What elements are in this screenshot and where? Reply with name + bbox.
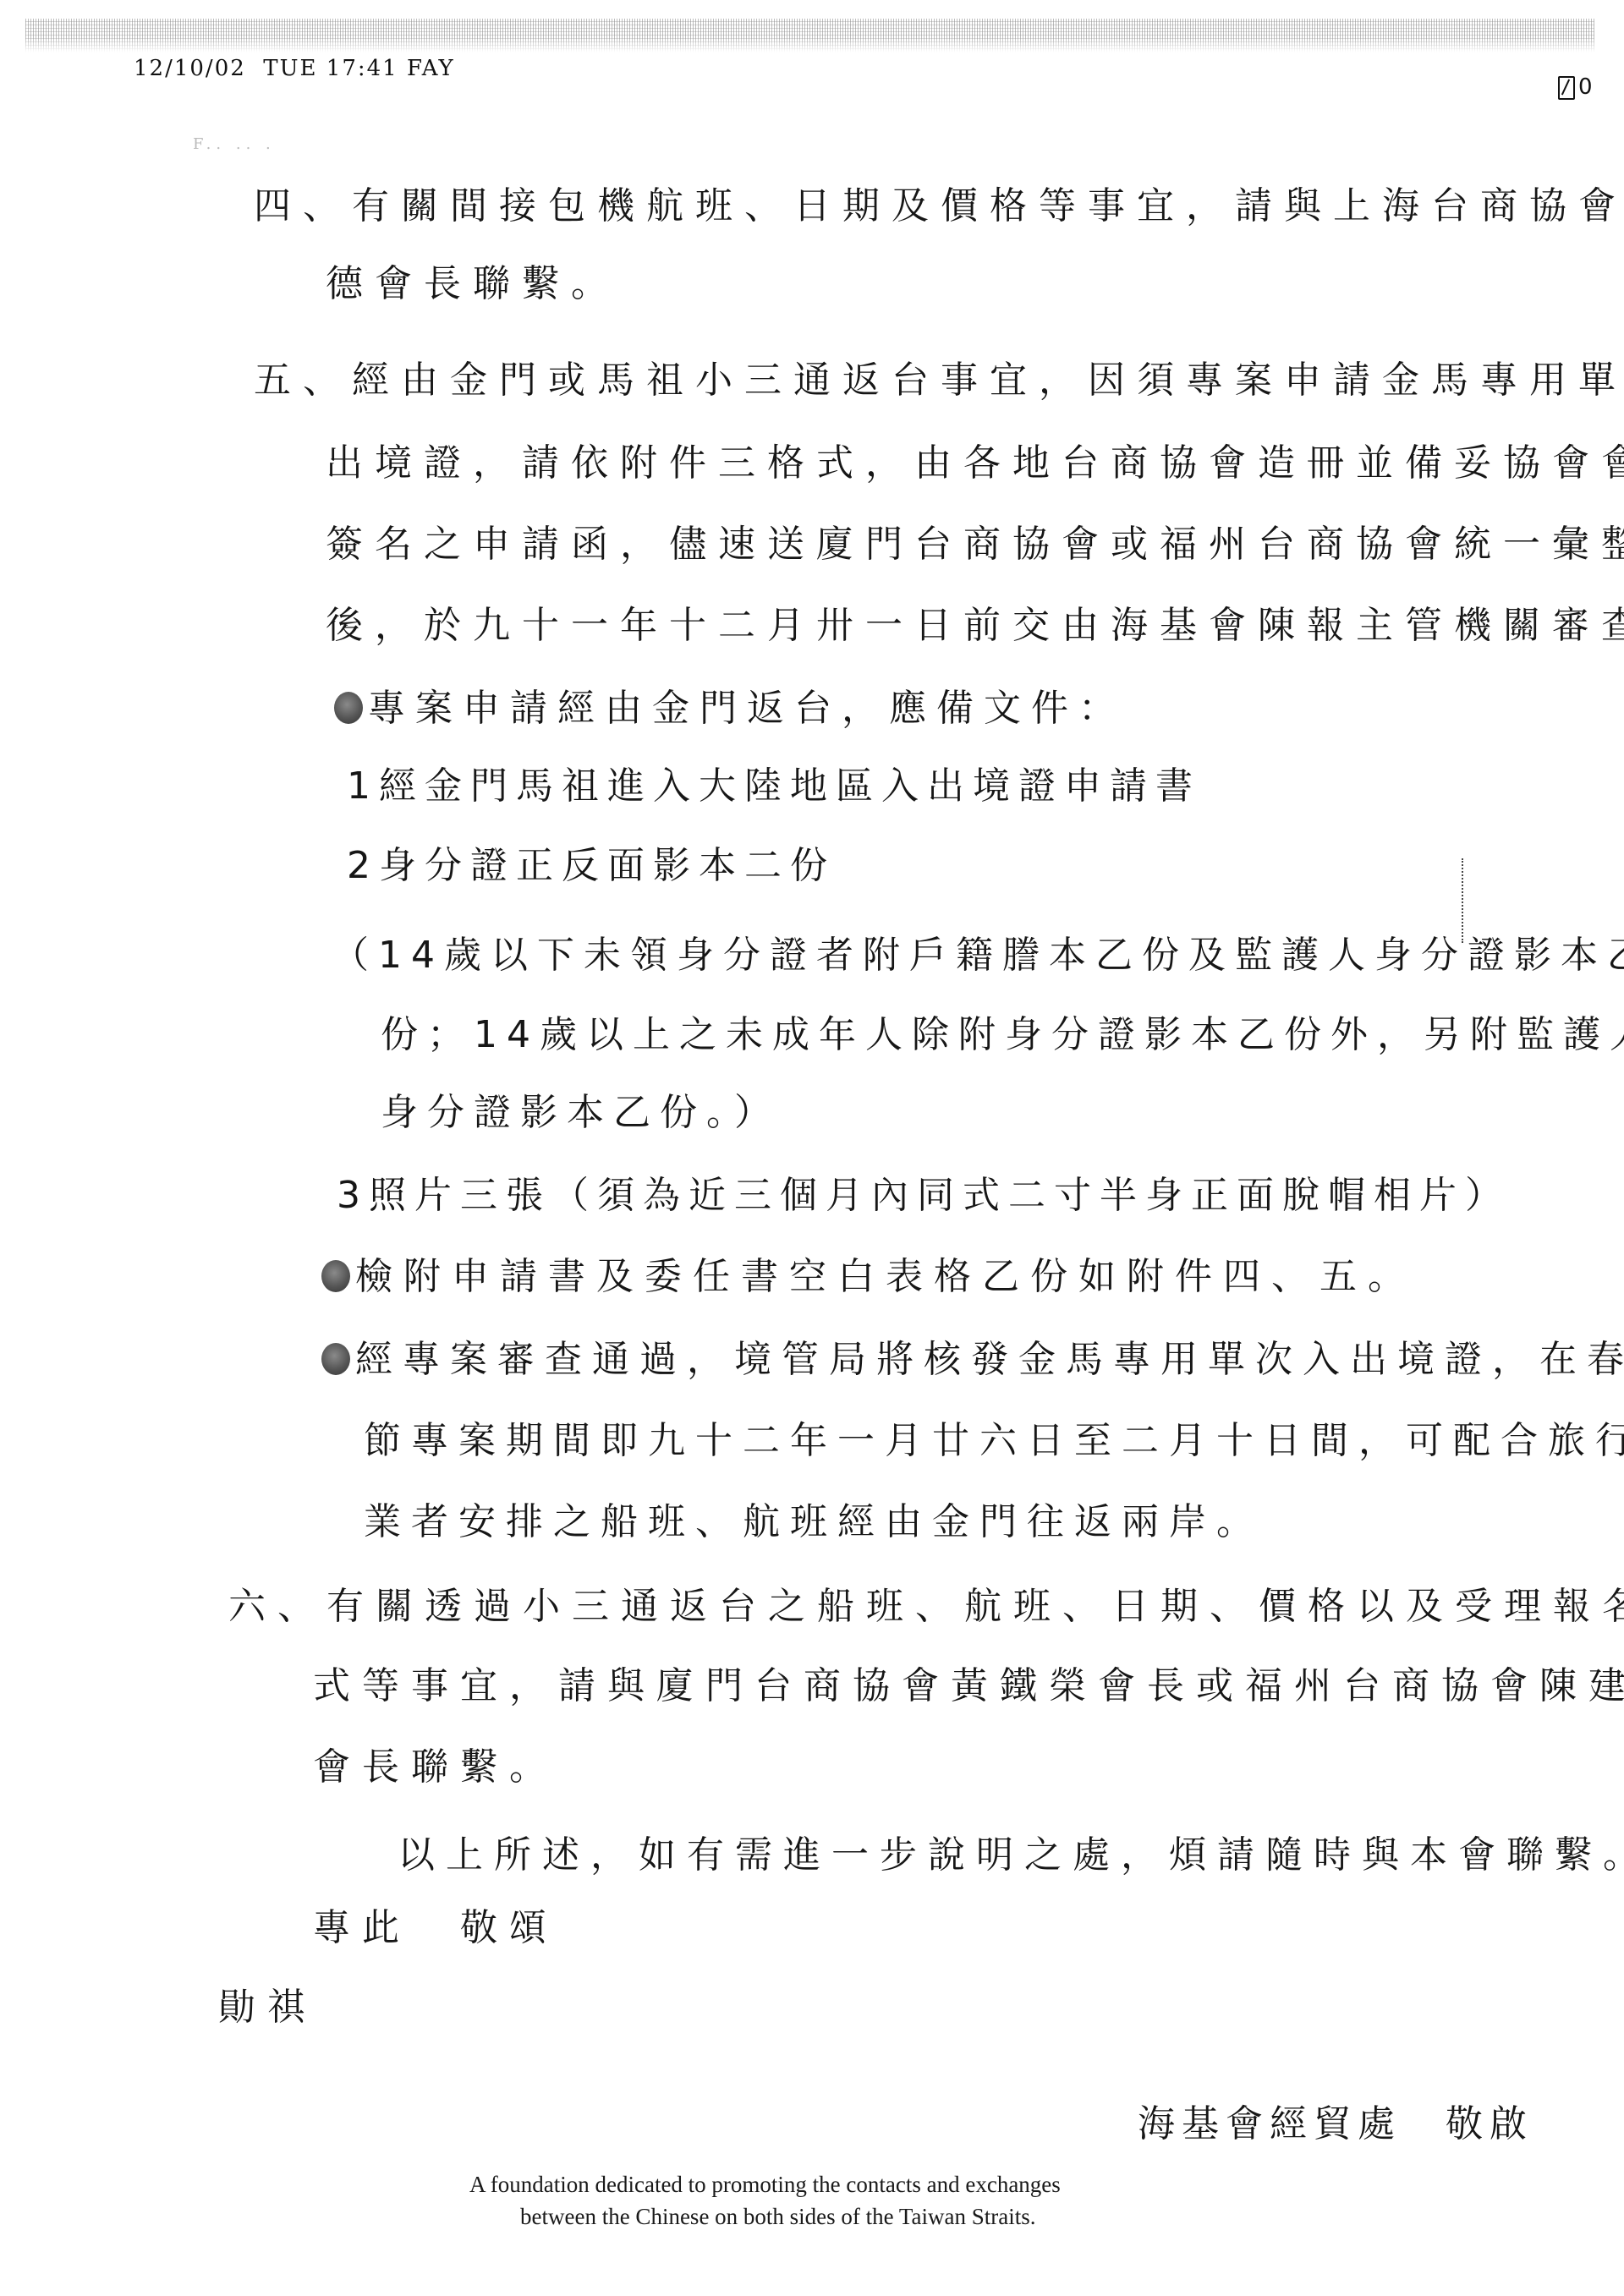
item6-line2: 式等事宜，請與廈門台商協會黃鐵榮會長或福州台商協會陳建男: [313, 1663, 1624, 1710]
item5-line3: 簽名之申請函，儘速送廈門台商協會或福州台商協會統一彙整: [326, 521, 1624, 568]
item4-line1: 四、有關間接包機航班、日期及價格等事宜，請與上海台商協會葉惠: [254, 183, 1624, 230]
closing-remark: 以上所述，如有需進一步說明之處，煩請隨時與本會聯繫。: [398, 1832, 1624, 1879]
bullet-dot-icon: [321, 1343, 350, 1375]
fax-page-box-icon: [1558, 76, 1575, 100]
required-docs-heading: 專案申請經由金門返台，應備文件：: [368, 687, 1126, 730]
approval-bullet-line2: 節專案期間即九十二年一月廿六日至二月十日間，可配合旅行: [364, 1417, 1624, 1465]
age-note-line1: （14歲以下未領身分證者附戶籍謄本乙份及監護人身分證影本乙: [332, 932, 1624, 979]
approval-bullet-line3: 業者安排之船班、航班經由金門往返兩岸。: [364, 1499, 1264, 1546]
bullet-dot-icon: [321, 1260, 350, 1292]
footer-tagline-line1: A foundation dedicated to promoting the …: [469, 2172, 1061, 2198]
faint-scan-mark: F.. .. .: [193, 135, 276, 153]
doc-item-3: 3照片三張（須為近三個月內同式二寸半身正面脫帽相片）: [337, 1172, 1511, 1219]
page-number: 0: [1578, 74, 1593, 100]
item4-line2: 德會長聯繫。: [326, 260, 620, 308]
bullet-dot-icon: [334, 692, 363, 724]
attachment-text: 檢附申請書及委任書空白表格乙份如附件四、五。: [355, 1255, 1416, 1298]
attachment-bullet: 檢附申請書及委任書空白表格乙份如附件四、五。: [321, 1253, 1416, 1301]
fax-transmission-noise: [25, 19, 1594, 52]
item5-line4: 後，於九十一年十二月卅一日前交由海基會陳報主管機關審查。: [326, 602, 1624, 649]
signature: 海基會經貿處 敬啟: [1138, 2101, 1533, 2148]
age-note-line2: 份；14歲以上之未成年人除附身分證影本乙份外，另附監護人: [381, 1011, 1624, 1059]
salutation-line2: 勛祺: [218, 1984, 316, 2031]
required-docs-bullet: 專案申請經由金門返台，應備文件：: [334, 685, 1126, 732]
footer-tagline-line2: between the Chinese on both sides of the…: [520, 2204, 1036, 2230]
item5-line1: 五、經由金門或馬祖小三通返台事宜，因須專案申請金馬專用單次入: [254, 357, 1624, 404]
age-note-line3: 身分證影本乙份。）: [381, 1089, 781, 1137]
doc-item-2: 2身分證正反面影本二份: [347, 842, 836, 890]
item5-line2: 出境證，請依附件三格式，由各地台商協會造冊並備妥協會會長: [326, 440, 1624, 487]
item6-line1: 六、有關透過小三通返台之船班、航班、日期、價格以及受理報名方: [228, 1583, 1624, 1630]
fax-timestamp-header: 12/10/02 TUE 17:41 FAY: [134, 56, 455, 81]
approval-text-line1: 經專案審查通過，境管局將核發金馬專用單次入出境證，在春: [355, 1338, 1624, 1381]
scan-artifact-dotted-line: [1462, 858, 1463, 943]
doc-item-1: 1經金門馬祖進入大陸地區入出境證申請書: [347, 763, 1201, 810]
fax-page-marker: 0: [1558, 74, 1593, 100]
item6-line3: 會長聯繫。: [313, 1744, 558, 1791]
salutation-line1: 專此 敬頌: [313, 1904, 558, 1952]
approval-bullet-line1: 經專案審查通過，境管局將核發金馬專用單次入出境證，在春: [321, 1336, 1624, 1384]
